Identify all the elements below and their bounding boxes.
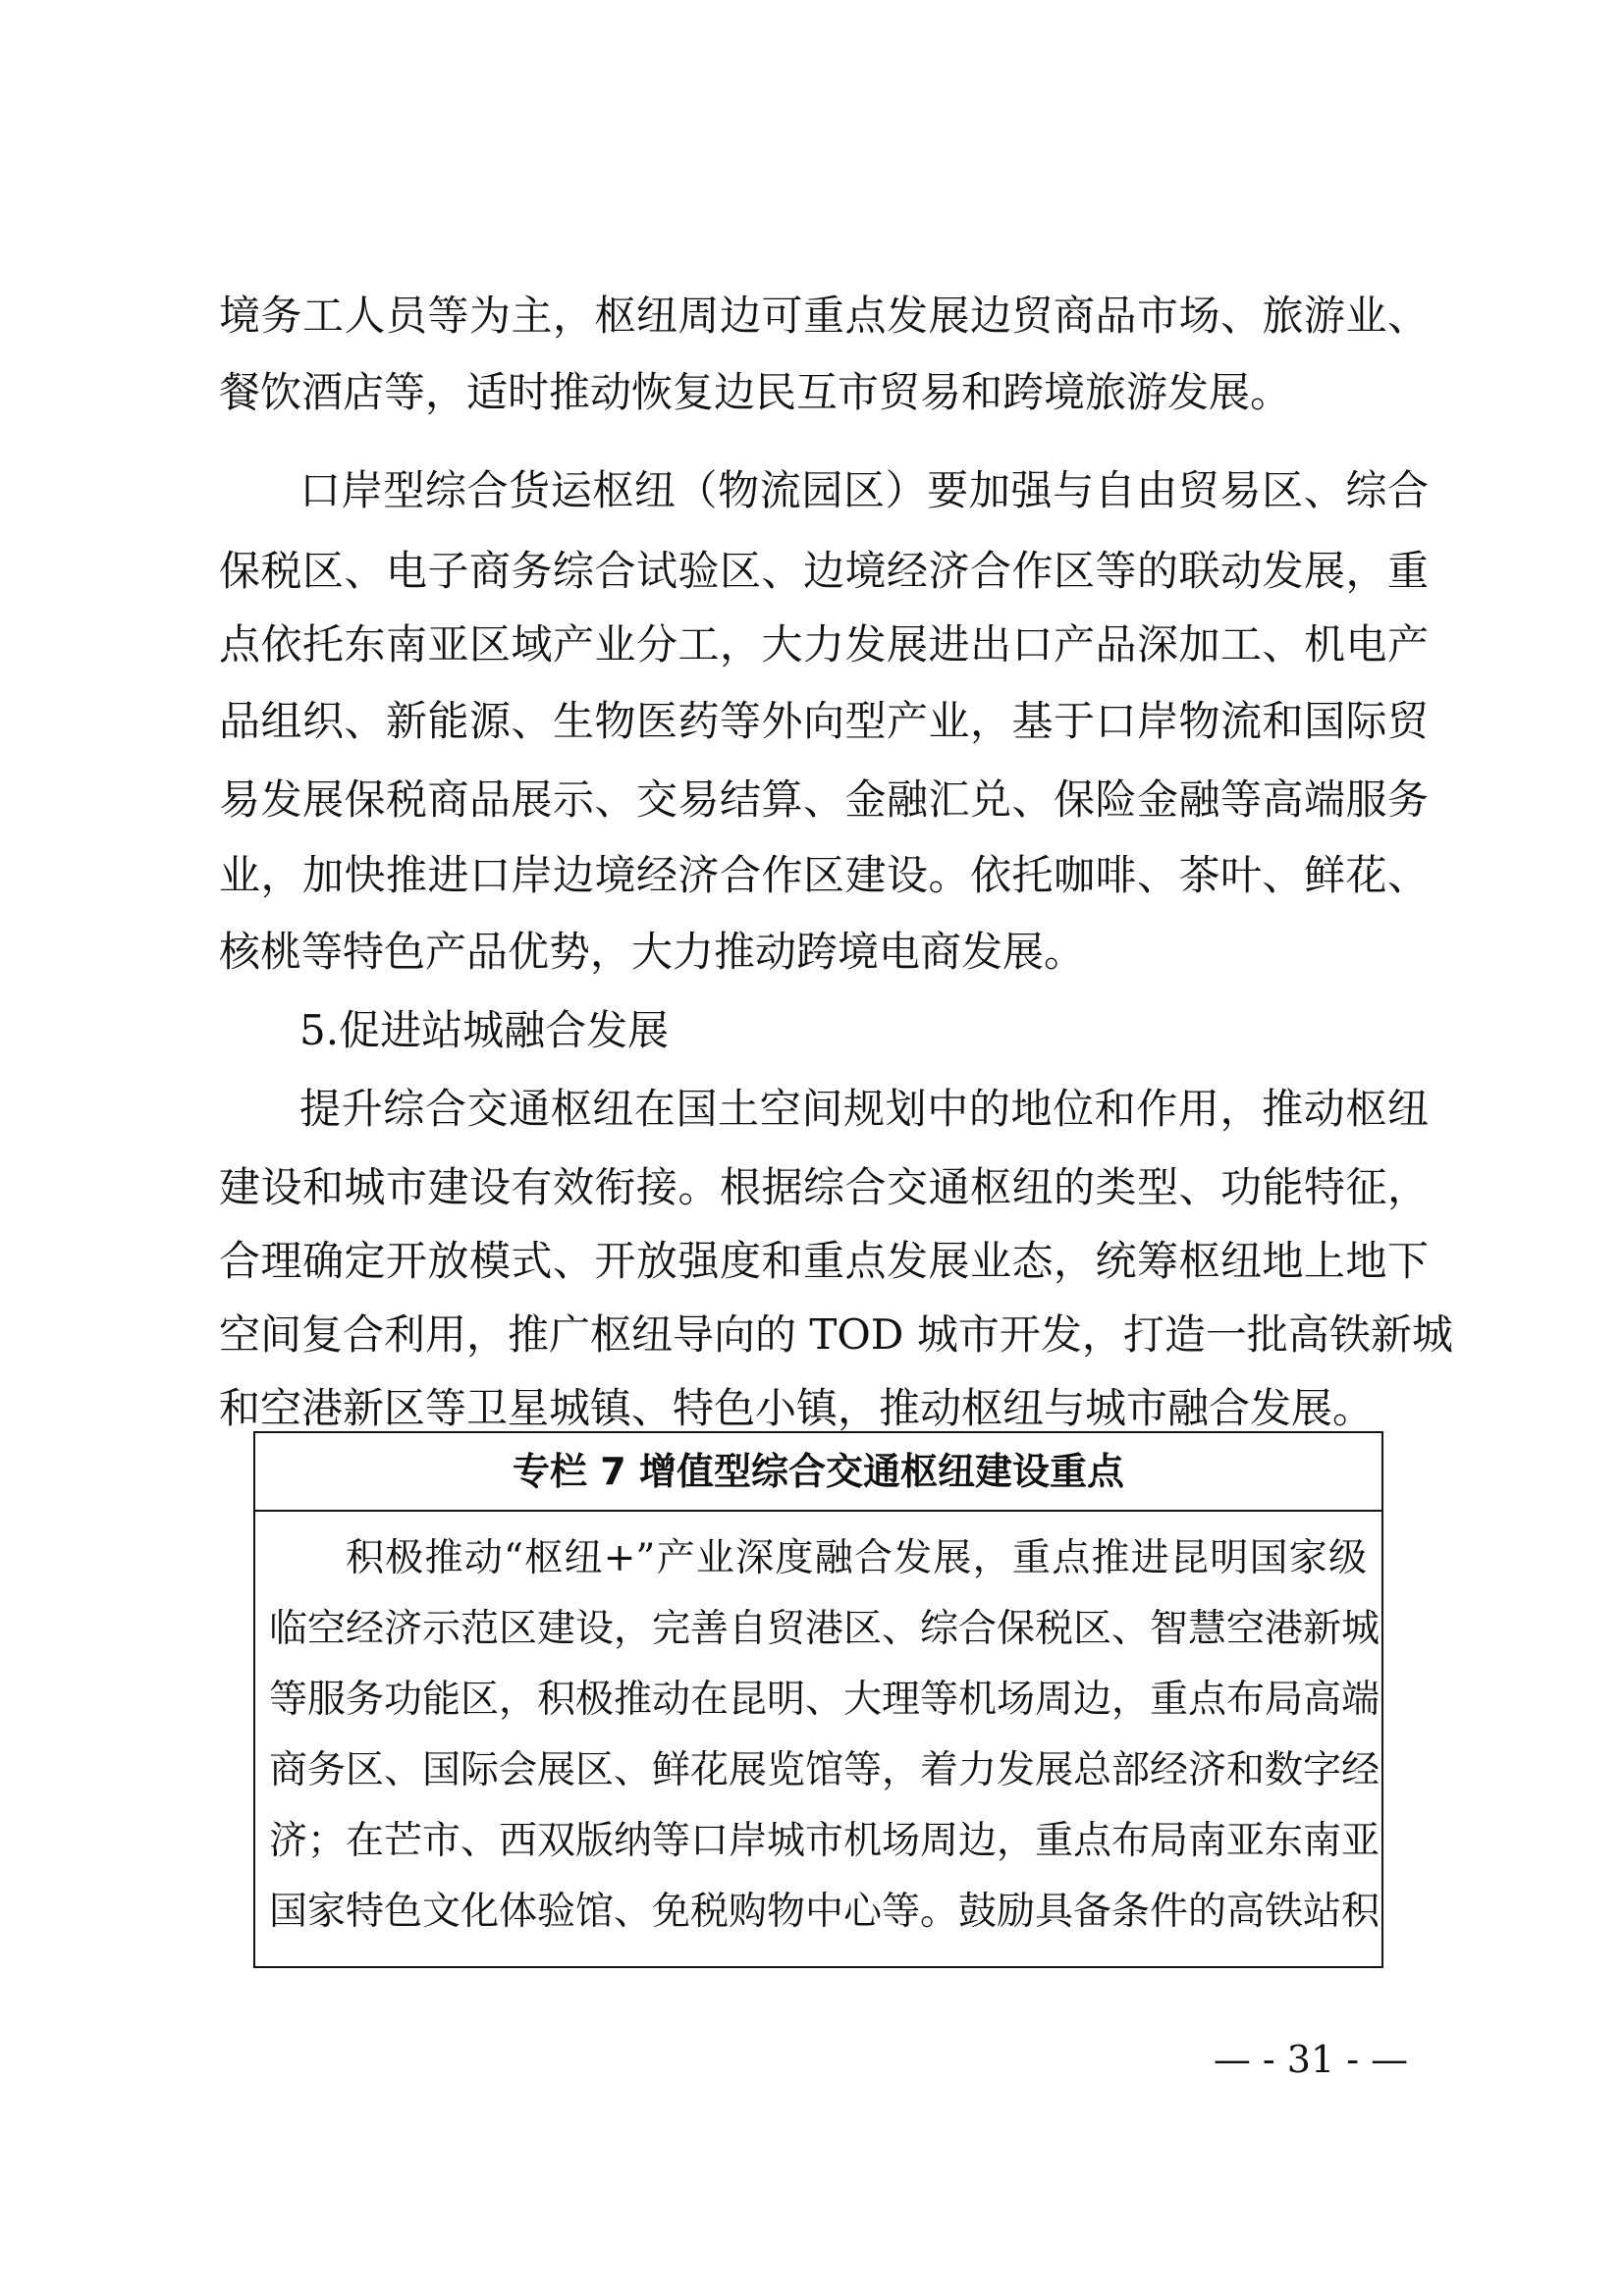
box-line: 商务区、国际会展区、鲜花展览馆等，着力发展总部经济和数字经 (269, 1743, 1367, 1798)
box-title: 专栏 7 增值型综合交通枢纽建设重点 (255, 1433, 1381, 1512)
paragraph-line: 提升综合交通枢纽在国土空间规划中的地位和作用，推动枢纽 (299, 1080, 1429, 1139)
paragraph-line: 合理确定开放模式、开放强度和重点发展业态，统筹枢纽地上地下 (219, 1232, 1429, 1291)
paragraph-line: 保税区、电子商务综合试验区、边境经济合作区等的联动发展，重 (219, 542, 1429, 601)
box-line: 等服务功能区，积极推动在昆明、大理等机场周边，重点布局高端 (269, 1673, 1367, 1728)
paragraph-line: 境务工人员等为主，枢纽周边可重点发展边贸商品市场、旅游业、 (219, 287, 1429, 346)
paragraph-line: 建设和城市建设有效衔接。根据综合交通枢纽的类型、功能特征， (219, 1158, 1429, 1217)
page-number: — - 31 - — (1193, 2032, 1429, 2087)
paragraph-line: 点依托东南亚区域产业分工，大力发展进出口产品深加工、机电产 (219, 615, 1429, 674)
paragraph-line: 口岸型综合货运枢纽（物流园区）要加强与自由贸易区、综合 (299, 461, 1429, 520)
box-line: 济；在芒市、西双版纳等口岸城市机场周边，重点布局南亚东南亚 (269, 1814, 1367, 1869)
paragraph-line: 和空港新区等卫星城镇、特色小镇，推动枢纽与城市融合发展。 (219, 1379, 1429, 1438)
paragraph-line: 业，加快推进口岸边境经济合作区建设。依托咖啡、茶叶、鲜花、 (219, 846, 1429, 905)
paragraph-line: 核桃等特色产品优势，大力推动跨境电商发展。 (219, 923, 1429, 982)
box-line: 临空经济示范区建设，完善自贸港区、综合保税区、智慧空港新城 (269, 1602, 1367, 1657)
box-line: 积极推动“枢纽+”产业深度融合发展，重点推进昆明国家级 (346, 1531, 1367, 1586)
feature-box: 专栏 7 增值型综合交通枢纽建设重点 积极推动“枢纽+”产业深度融合发展，重点推… (253, 1431, 1383, 1968)
paragraph-line: 餐饮酒店等，适时推动恢复边民互市贸易和跨境旅游发展。 (219, 363, 1429, 422)
paragraph-line: 品组织、新能源、生物医药等外向型产业，基于口岸物流和国际贸 (219, 692, 1429, 751)
box-line: 国家特色文化体验馆、免税购物中心等。鼓励具备条件的高铁站积 (269, 1885, 1367, 1940)
paragraph-line: 空间复合利用，推广枢纽导向的 TOD 城市开发，打造一批高铁新城 (219, 1306, 1429, 1364)
paragraph-line: 易发展保税商品展示、交易结算、金融汇兑、保险金融等高端服务 (219, 771, 1429, 829)
section-heading: 5.促进站城融合发展 (299, 1001, 1429, 1060)
